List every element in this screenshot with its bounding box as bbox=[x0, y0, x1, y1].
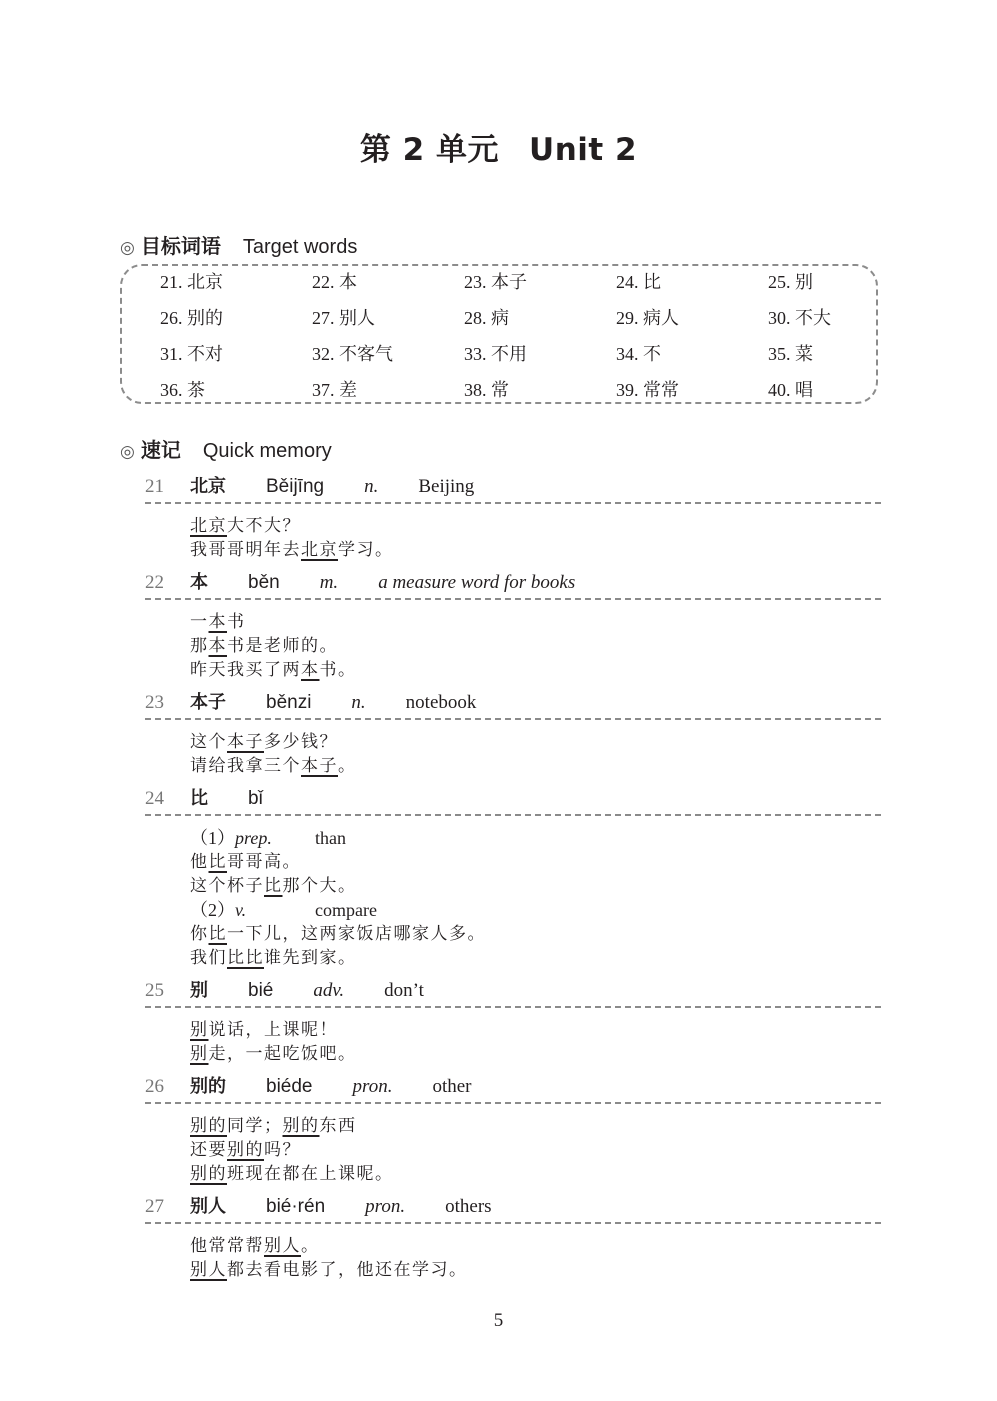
vocab-entry: 22本běnm.a measure word for books一本书那本书是老… bbox=[145, 568, 881, 688]
title-chinese: 第 2 单元 bbox=[360, 132, 499, 168]
entry-number: 23 bbox=[145, 692, 190, 714]
example-sentence: 你比一下儿，这两家饭店哪家人多。 bbox=[190, 922, 881, 946]
highlighted-word: 比 bbox=[209, 924, 228, 944]
sentence-fragment: 那 bbox=[190, 636, 209, 656]
entry-examples: 别说话，上课呢！别走，一起吃饭吧。 bbox=[145, 1008, 881, 1072]
target-word: 28. 病 bbox=[464, 304, 616, 340]
vocab-entry: 26别的biédepron.other别的同学；别的东西还要别的吗？别的班现在都… bbox=[145, 1072, 881, 1192]
sentence-fragment: 请给我拿三个 bbox=[190, 756, 301, 776]
page-title: 第 2 单元Unit 2 bbox=[0, 124, 997, 169]
sense-header: （2）v.compare bbox=[190, 898, 881, 922]
entry-pinyin: Běijīng bbox=[266, 476, 324, 498]
highlighted-word: 北京 bbox=[190, 516, 227, 536]
entry-hanzi: 比 bbox=[190, 784, 208, 810]
entry-definition: other bbox=[432, 1076, 471, 1098]
sense-part-of-speech: prep. bbox=[235, 826, 315, 850]
sentence-fragment: 吗？ bbox=[264, 1140, 301, 1160]
highlighted-word: 别的 bbox=[190, 1116, 227, 1136]
sentence-fragment: 书。 bbox=[320, 660, 357, 680]
highlighted-word: 本 bbox=[209, 636, 228, 656]
highlighted-word: 比比 bbox=[227, 948, 264, 968]
vocabulary-entries: 21北京Běijīngn.Beijing北京大不大？我哥哥明年去北京学习。22本… bbox=[145, 472, 881, 1288]
target-word: 31. 不对 bbox=[160, 340, 312, 376]
entry-definition: Beijing bbox=[418, 476, 474, 498]
entry-definition: don’t bbox=[384, 980, 424, 1002]
quick-memory-heading-en: Quick memory bbox=[203, 440, 332, 462]
target-word: 23. 本子 bbox=[464, 268, 616, 304]
entry-header: 22本běnm.a measure word for books bbox=[145, 568, 881, 600]
sentence-fragment: 他常常帮 bbox=[190, 1236, 264, 1256]
entry-part-of-speech: adv. bbox=[313, 980, 344, 1002]
sentence-fragment: 书是老师的。 bbox=[227, 636, 338, 656]
target-word: 27. 别人 bbox=[312, 304, 464, 340]
sentence-fragment: 走，一起吃饭吧。 bbox=[209, 1044, 357, 1064]
highlighted-word: 别人 bbox=[264, 1236, 301, 1256]
target-word: 30. 不大 bbox=[768, 304, 920, 340]
target-word: 22. 本 bbox=[312, 268, 464, 304]
entry-part-of-speech: n. bbox=[351, 692, 365, 714]
example-sentence: 昨天我买了两本书。 bbox=[190, 658, 881, 682]
example-sentence: 别的同学；别的东西 bbox=[190, 1114, 881, 1138]
example-sentence: 这个本子多少钱？ bbox=[190, 730, 881, 754]
highlighted-word: 本子 bbox=[301, 756, 338, 776]
highlighted-word: 别的 bbox=[283, 1116, 320, 1136]
example-sentence: 别说话，上课呢！ bbox=[190, 1018, 881, 1042]
sentence-fragment: 还要 bbox=[190, 1140, 227, 1160]
sentence-fragment: 他 bbox=[190, 852, 209, 872]
highlighted-word: 本 bbox=[209, 612, 228, 632]
entry-examples: 这个本子多少钱？请给我拿三个本子。 bbox=[145, 720, 881, 784]
entry-header: 26别的biédepron.other bbox=[145, 1072, 881, 1104]
entry-examples: 他常常帮别人。别人都去看电影了，他还在学习。 bbox=[145, 1224, 881, 1288]
sentence-fragment: 哥哥高。 bbox=[227, 852, 301, 872]
target-word: 24. 比 bbox=[616, 268, 768, 304]
target-words-grid: 21. 北京22. 本23. 本子24. 比25. 别26. 别的27. 别人2… bbox=[160, 268, 900, 412]
target-word: 35. 菜 bbox=[768, 340, 920, 376]
example-sentence: 我们比比谁先到家。 bbox=[190, 946, 881, 970]
example-sentence: 我哥哥明年去北京学习。 bbox=[190, 538, 881, 562]
highlighted-word: 本 bbox=[301, 660, 320, 680]
entry-number: 25 bbox=[145, 980, 190, 1002]
sentence-fragment: 说话，上课呢！ bbox=[209, 1020, 339, 1040]
entry-definition: notebook bbox=[406, 692, 477, 714]
target-word: 36. 茶 bbox=[160, 376, 312, 412]
sentence-fragment: 一下儿，这两家饭店哪家人多。 bbox=[227, 924, 486, 944]
entry-hanzi: 别 bbox=[190, 976, 208, 1002]
quick-memory-heading: ◎速记Quick memory bbox=[120, 434, 332, 463]
highlighted-word: 别人 bbox=[190, 1260, 227, 1280]
highlighted-word: 北京 bbox=[301, 540, 338, 560]
highlighted-word: 比 bbox=[209, 852, 228, 872]
sense-part-of-speech: v. bbox=[235, 898, 315, 922]
entry-header: 25别biéadv.don’t bbox=[145, 976, 881, 1008]
sense-header: （1）prep.than bbox=[190, 826, 881, 850]
example-sentence: 他常常帮别人。 bbox=[190, 1234, 881, 1258]
example-sentence: 还要别的吗？ bbox=[190, 1138, 881, 1162]
vocab-entry: 23本子běnzin.notebook这个本子多少钱？请给我拿三个本子。 bbox=[145, 688, 881, 784]
entry-hanzi: 别的 bbox=[190, 1072, 226, 1098]
entry-examples: （1）prep.than他比哥哥高。这个杯子比那个大。（2）v.compare你… bbox=[145, 816, 881, 976]
target-word: 38. 常 bbox=[464, 376, 616, 412]
sentence-fragment: 这个杯子 bbox=[190, 876, 264, 896]
sentence-fragment: 东西 bbox=[320, 1116, 357, 1136]
example-sentence: 别走，一起吃饭吧。 bbox=[190, 1042, 881, 1066]
entry-header: 24比bǐ bbox=[145, 784, 881, 816]
entry-part-of-speech: pron. bbox=[353, 1076, 393, 1098]
entry-definition: others bbox=[445, 1196, 491, 1218]
entry-number: 27 bbox=[145, 1196, 190, 1218]
entry-examples: 一本书那本书是老师的。昨天我买了两本书。 bbox=[145, 600, 881, 688]
entry-hanzi: 别人 bbox=[190, 1192, 226, 1218]
entry-header: 27别人bié·rénpron.others bbox=[145, 1192, 881, 1224]
entry-pinyin: bié·rén bbox=[266, 1196, 325, 1218]
highlighted-word: 别的 bbox=[190, 1164, 227, 1184]
example-sentence: 别人都去看电影了，他还在学习。 bbox=[190, 1258, 881, 1282]
target-word: 33. 不用 bbox=[464, 340, 616, 376]
example-sentence: 别的班现在都在上课呢。 bbox=[190, 1162, 881, 1186]
target-word: 25. 别 bbox=[768, 268, 920, 304]
sense-definition: than bbox=[315, 828, 346, 848]
example-sentence: 这个杯子比那个大。 bbox=[190, 874, 881, 898]
sentence-fragment: 学习。 bbox=[338, 540, 394, 560]
sentence-fragment: 班现在都在上课呢。 bbox=[227, 1164, 394, 1184]
target-word: 37. 差 bbox=[312, 376, 464, 412]
entry-part-of-speech: m. bbox=[320, 572, 338, 594]
sentence-fragment: 昨天我买了两 bbox=[190, 660, 301, 680]
target-word: 39. 常常 bbox=[616, 376, 768, 412]
entry-number: 22 bbox=[145, 572, 190, 594]
sentence-fragment: 你 bbox=[190, 924, 209, 944]
title-english: Unit 2 bbox=[529, 132, 637, 168]
entry-header: 23本子běnzin.notebook bbox=[145, 688, 881, 720]
target-word: 29. 病人 bbox=[616, 304, 768, 340]
highlighted-word: 别的 bbox=[227, 1140, 264, 1160]
sentence-fragment: 书 bbox=[227, 612, 246, 632]
sentence-fragment: 都去看电影了，他还在学习。 bbox=[227, 1260, 468, 1280]
entry-number: 24 bbox=[145, 788, 190, 810]
sentence-fragment: 多少钱？ bbox=[264, 732, 338, 752]
vocab-entry: 27别人bié·rénpron.others他常常帮别人。别人都去看电影了，他还… bbox=[145, 1192, 881, 1288]
entry-header: 21北京Běijīngn.Beijing bbox=[145, 472, 881, 504]
entry-pinyin: běn bbox=[248, 572, 280, 594]
example-sentence: 他比哥哥高。 bbox=[190, 850, 881, 874]
double-circle-icon: ◎ bbox=[120, 442, 135, 462]
entry-examples: 北京大不大？我哥哥明年去北京学习。 bbox=[145, 504, 881, 568]
entry-number: 26 bbox=[145, 1076, 190, 1098]
entry-hanzi: 本 bbox=[190, 568, 208, 594]
sentence-fragment: 。 bbox=[301, 1236, 320, 1256]
entry-pinyin: biéde bbox=[266, 1076, 313, 1098]
example-sentence: 北京大不大？ bbox=[190, 514, 881, 538]
entry-part-of-speech: n. bbox=[364, 476, 378, 498]
vocab-entry: 25别biéadv.don’t别说话，上课呢！别走，一起吃饭吧。 bbox=[145, 976, 881, 1072]
highlighted-word: 本子 bbox=[227, 732, 264, 752]
page-number: 5 bbox=[0, 1310, 997, 1332]
sentence-fragment: 同学； bbox=[227, 1116, 283, 1136]
example-sentence: 一本书 bbox=[190, 610, 881, 634]
vocab-entry: 21北京Běijīngn.Beijing北京大不大？我哥哥明年去北京学习。 bbox=[145, 472, 881, 568]
target-words-heading-en: Target words bbox=[243, 236, 358, 258]
entry-pinyin: bié bbox=[248, 980, 273, 1002]
entry-part-of-speech: pron. bbox=[365, 1196, 405, 1218]
target-word: 26. 别的 bbox=[160, 304, 312, 340]
entry-hanzi: 本子 bbox=[190, 688, 226, 714]
example-sentence: 请给我拿三个本子。 bbox=[190, 754, 881, 778]
double-circle-icon: ◎ bbox=[120, 238, 135, 258]
target-word: 32. 不客气 bbox=[312, 340, 464, 376]
target-word: 40. 唱 bbox=[768, 376, 920, 412]
target-word: 34. 不 bbox=[616, 340, 768, 376]
target-word: 21. 北京 bbox=[160, 268, 312, 304]
sentence-fragment: 一 bbox=[190, 612, 209, 632]
sentence-fragment: 大不大？ bbox=[227, 516, 301, 536]
entry-pinyin: běnzi bbox=[266, 692, 311, 714]
example-sentence: 那本书是老师的。 bbox=[190, 634, 881, 658]
sentence-fragment: 这个 bbox=[190, 732, 227, 752]
highlighted-word: 比 bbox=[264, 876, 283, 896]
vocab-entry: 24比bǐ（1）prep.than他比哥哥高。这个杯子比那个大。（2）v.com… bbox=[145, 784, 881, 976]
sentence-fragment: 我哥哥明年去 bbox=[190, 540, 301, 560]
sense-label: （1） bbox=[190, 828, 235, 848]
target-words-heading-cn: 目标词语 bbox=[141, 234, 221, 258]
sense-definition: compare bbox=[315, 900, 377, 920]
entry-definition: a measure word for books bbox=[378, 572, 575, 594]
sentence-fragment: 那个大。 bbox=[283, 876, 357, 896]
entry-examples: 别的同学；别的东西还要别的吗？别的班现在都在上课呢。 bbox=[145, 1104, 881, 1192]
highlighted-word: 别 bbox=[190, 1020, 209, 1040]
entry-pinyin: bǐ bbox=[248, 788, 263, 810]
quick-memory-heading-cn: 速记 bbox=[141, 438, 181, 462]
target-words-heading: ◎目标词语Target words bbox=[120, 230, 357, 259]
entry-number: 21 bbox=[145, 476, 190, 498]
sentence-fragment: 谁先到家。 bbox=[264, 948, 357, 968]
highlighted-word: 别 bbox=[190, 1044, 209, 1064]
sentence-fragment: 我们 bbox=[190, 948, 227, 968]
sentence-fragment: 。 bbox=[338, 756, 357, 776]
sense-label: （2） bbox=[190, 900, 235, 920]
entry-hanzi: 北京 bbox=[190, 472, 226, 498]
